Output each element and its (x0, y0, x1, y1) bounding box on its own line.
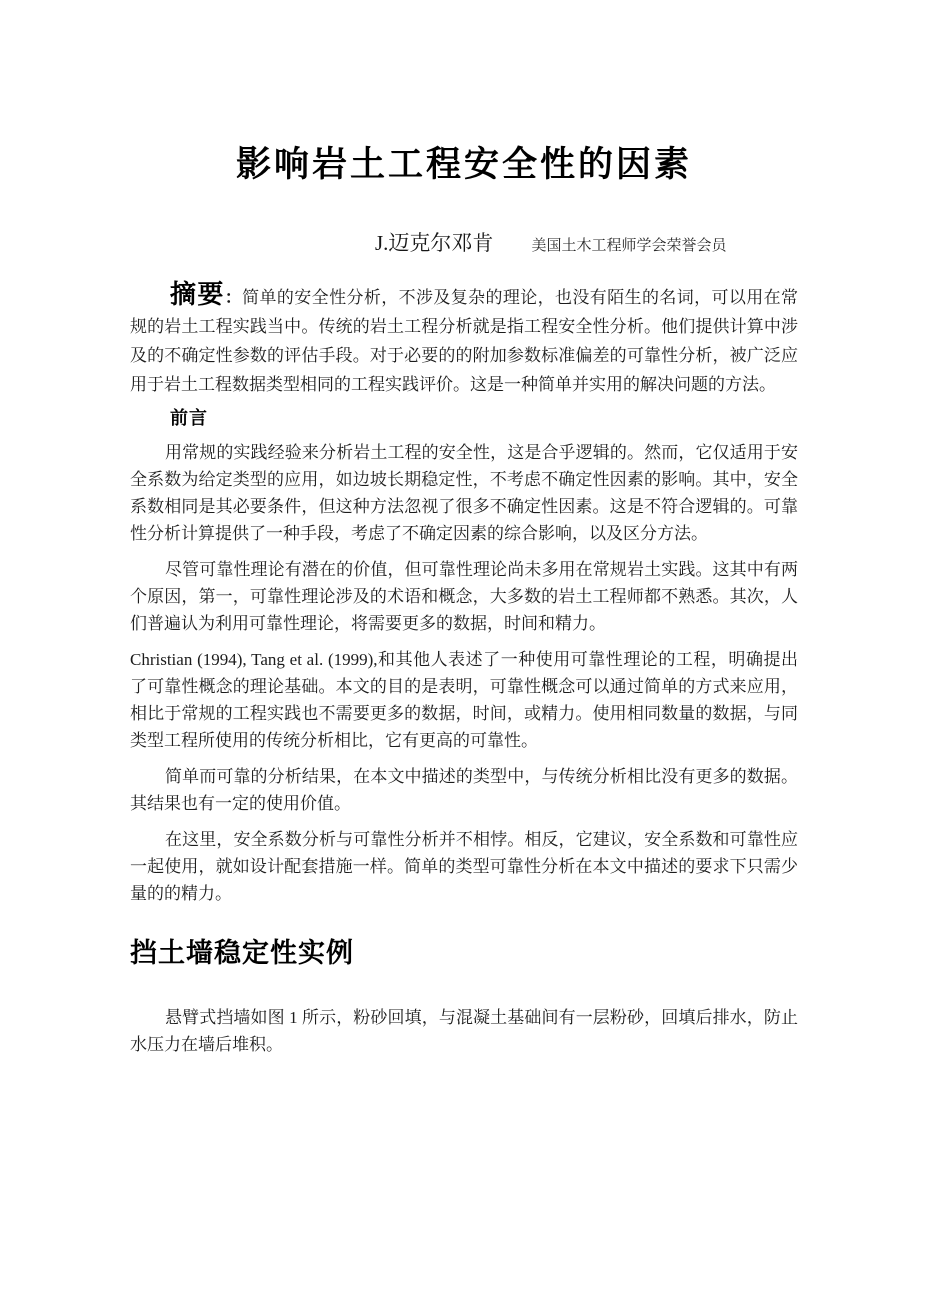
intro-paragraph: 用常规的实践经验来分析岩土工程的安全性，这是合乎逻辑的。然而，它仅适用于安全系数… (130, 439, 798, 547)
intro-section-heading: 前言 (170, 404, 798, 430)
retaining-wall-section-heading: 挡土墙稳定性实例 (130, 931, 798, 970)
intro-paragraph: 在这里，安全系数分析与可靠性分析并不相悖。相反，它建议，安全系数和可靠性应一起使… (130, 826, 798, 907)
retaining-wall-paragraph: 悬臂式挡墙如图 1 所示，粉砂回填，与混凝土基础间有一层粉砂，回填后排水，防止水… (130, 1004, 798, 1058)
abstract-paragraph: 摘要：简单的安全性分析，不涉及复杂的理论，也没有陌生的名词，可以用在常规的岩土工… (130, 280, 798, 399)
intro-paragraph: 简单而可靠的分析结果，在本文中描述的类型中，与传统分析相比没有更多的数据。其结果… (130, 763, 798, 817)
abstract-colon: ： (225, 288, 242, 307)
intro-paragraph: 尽管可靠性理论有潜在的价值，但可靠性理论尚未多用在常规岩土实践。这其中有两个原因… (130, 556, 798, 637)
author-affiliation: 美国土木工程师学会荣誉会员 (531, 238, 726, 254)
intro-paragraph-references: Christian (1994), Tang et al. (1999),和其他… (130, 646, 798, 754)
abstract-label: 摘要 (170, 279, 225, 309)
author-name: J.迈克尔邓肯 (375, 231, 493, 255)
document-title: 影响岩土工程安全性的因素 (130, 141, 798, 188)
author-line: J.迈克尔邓肯美国土木工程师学会荣誉会员 (130, 230, 798, 260)
document-page: 影响岩土工程安全性的因素 J.迈克尔邓肯美国土木工程师学会荣誉会员 摘要：简单的… (0, 0, 926, 1309)
